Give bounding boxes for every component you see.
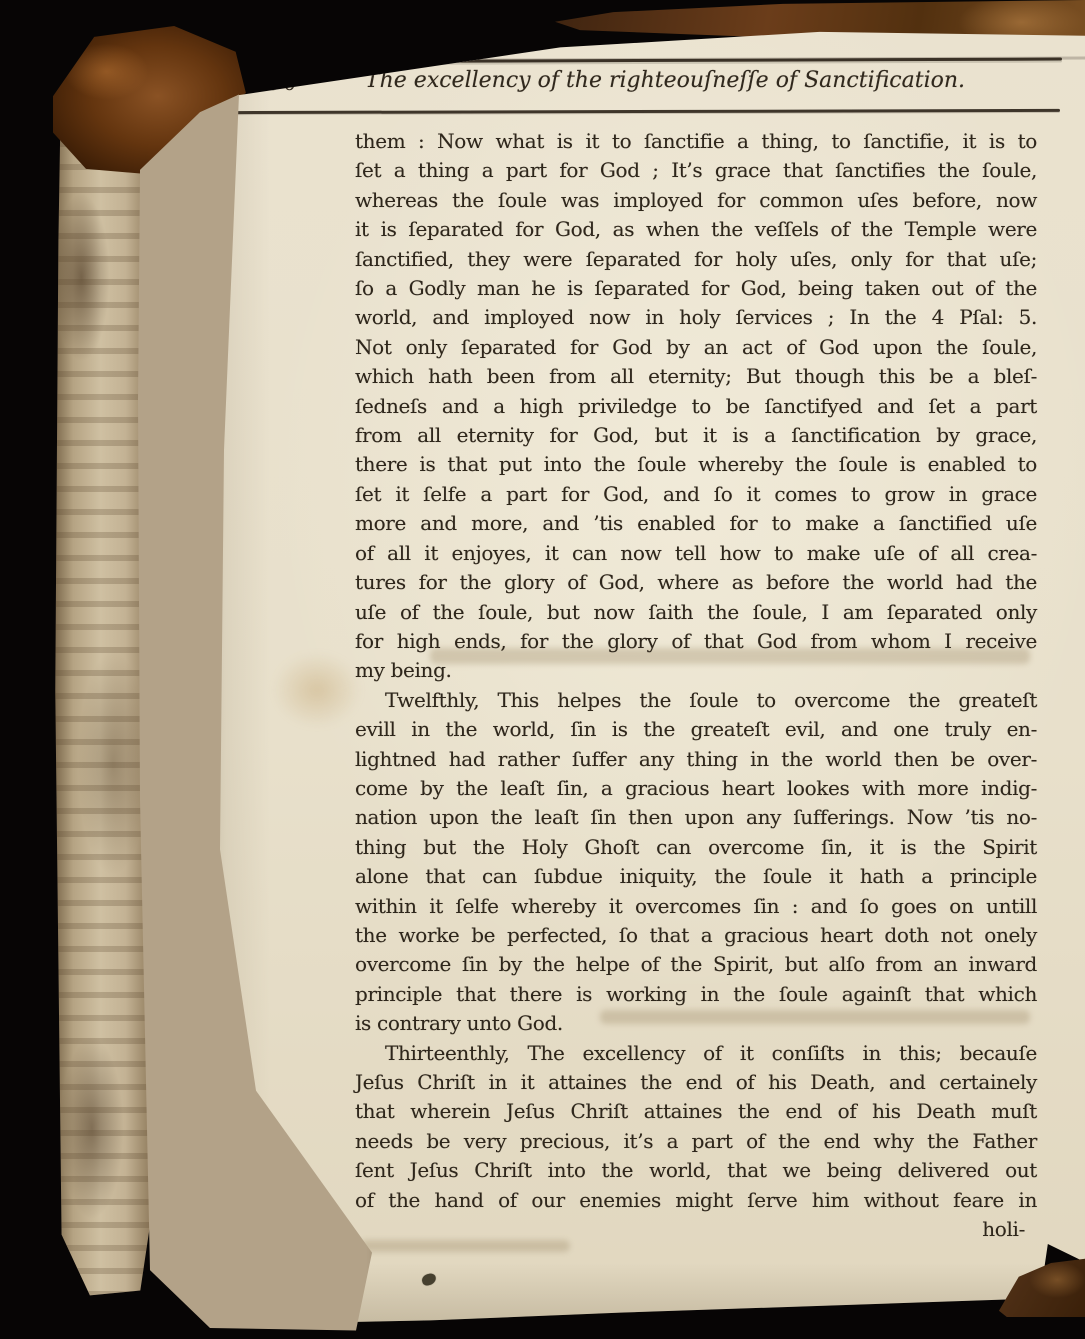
text-line: Twelfthly, This helpes the ſoule to over… xyxy=(355,686,1037,715)
text-line: thing but the Holy Ghoſt can overcome ſi… xyxy=(355,833,1037,862)
page-number-label: 290 xyxy=(252,71,298,95)
text-line: needs be very precious, it’s a part of t… xyxy=(355,1127,1037,1156)
text-line: is contrary unto God. xyxy=(355,1009,1037,1038)
text-line: more and more, and ’tis enabled for to m… xyxy=(355,509,1037,538)
text-line: the worke be perfected, ſo that a gracio… xyxy=(355,921,1037,950)
text-line: Thirteenthly, The excellency of it conſi… xyxy=(355,1039,1037,1068)
text-line: evill in the world, ſin is the greateſt … xyxy=(355,715,1037,744)
text-line: that wherein Jeſus Chriſt attaines the e… xyxy=(355,1097,1037,1126)
header-rule-bottom xyxy=(228,109,1060,114)
ink-blot xyxy=(421,1272,437,1286)
text-line: tures for the glory of God, where as bef… xyxy=(355,568,1037,597)
text-line: of all it enjoyes, it can now tell how t… xyxy=(355,539,1037,568)
text-line: uſe of the ſoule, but now ſaith the ſoul… xyxy=(355,598,1037,627)
text-line: ſet it ſelfe a part for God, and ſo it c… xyxy=(355,480,1037,509)
book-page: 290 The excellency of the righteouſneſſe… xyxy=(200,28,1085,1323)
text-line: ſedneſs and a high priviledge to be ſanc… xyxy=(355,392,1037,421)
text-line: principle that there is working in the ſ… xyxy=(355,980,1037,1009)
text-line: lightned had rather ſuffer any thing in … xyxy=(355,745,1037,774)
text-line: of the hand of our enemies might ſerve h… xyxy=(355,1186,1037,1215)
text-line: overcome ſin by the helpe of the Spirit,… xyxy=(355,950,1037,979)
text-line: come by the leaſt ſin, a gracious heart … xyxy=(355,774,1037,803)
text-line: alone that can ſubdue iniquity, the ſoul… xyxy=(355,862,1037,891)
body-text: them : Now what is it to ſanctifie a thi… xyxy=(355,127,1037,1244)
book-photo-stage: 290 The excellency of the righteouſneſſe… xyxy=(0,0,1085,1339)
text-line: whereas the ſoule was imployed for commo… xyxy=(355,186,1037,215)
text-line: it is ſeparated for God, as when the veſ… xyxy=(355,215,1037,244)
text-line: Not only ſeparated for God by an act of … xyxy=(355,333,1037,362)
running-header: The excellency of the righteouſneſſe of … xyxy=(360,68,970,93)
text-line: ſanctified, they were ſeparated for holy… xyxy=(355,245,1037,274)
text-line: Jeſus Chriſt in it attaines the end of h… xyxy=(355,1068,1037,1097)
header-rule-top xyxy=(222,58,1062,64)
catchword: holi- xyxy=(355,1215,1037,1244)
text-line: which hath been from all eternity; But t… xyxy=(355,362,1037,391)
text-line: my being. xyxy=(355,656,1037,685)
text-line: ſo a Godly man he is ſeparated for God, … xyxy=(355,274,1037,303)
text-line: ſet a thing a part for God ; It’s grace … xyxy=(355,156,1037,185)
text-line: for high ends, for the glory of that God… xyxy=(355,627,1037,656)
text-line: them : Now what is it to ſanctifie a thi… xyxy=(355,127,1037,156)
text-line: there is that put into the ſoule whereby… xyxy=(355,450,1037,479)
text-line: nation upon the leaſt ſin then upon any … xyxy=(355,803,1037,832)
text-line: within it ſelfe whereby it overcomes ſin… xyxy=(355,892,1037,921)
text-line: from all eternity for God, but it is a ſ… xyxy=(355,421,1037,450)
text-line: ſent Jeſus Chriſt into the world, that w… xyxy=(355,1156,1037,1185)
text-line: world, and imployed now in holy ſervices… xyxy=(355,303,1037,332)
